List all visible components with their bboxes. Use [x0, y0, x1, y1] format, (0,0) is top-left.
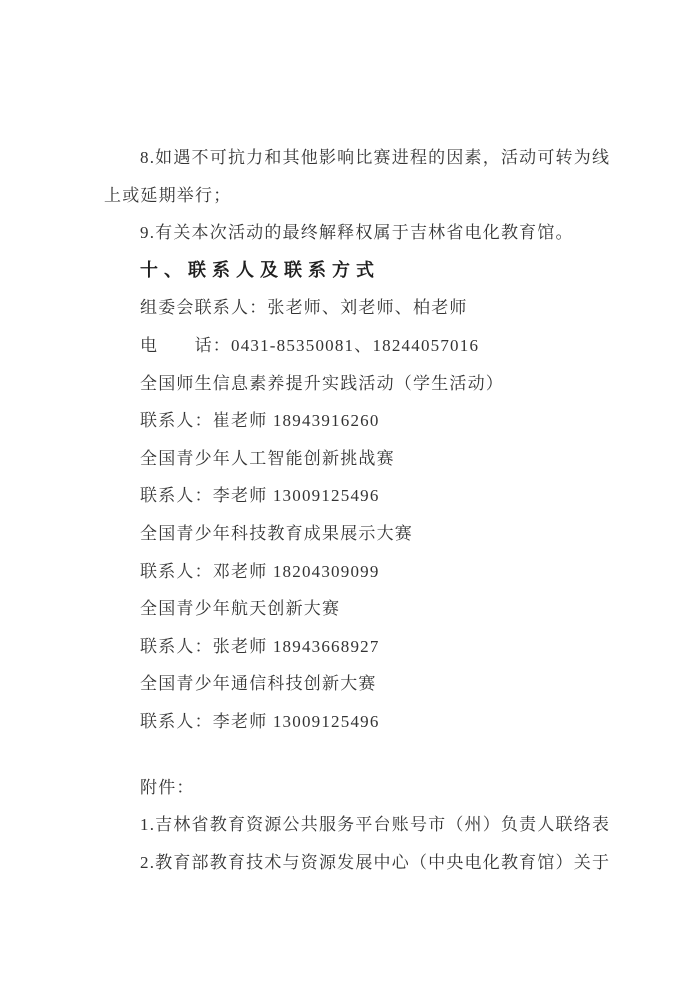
attachment-2: 2.教育部教育技术与资源发展中心（中央电化教育馆）关于 — [104, 844, 664, 882]
document-page: 8.如遇不可抗力和其他影响比赛进程的因素，活动可转为线 上或延期举行； 9.有关… — [0, 0, 700, 989]
clause-8-text-line-2: 上或延期举行； — [104, 177, 664, 215]
activity-5-title: 全国青少年通信科技创新大赛 — [104, 665, 664, 703]
activity-1-title: 全国师生信息素养提升实践活动（学生活动） — [104, 365, 664, 403]
document-body: 8.如遇不可抗力和其他影响比赛进程的因素，活动可转为线 上或延期举行； 9.有关… — [104, 139, 664, 881]
activity-3-contact: 联系人：邓老师 18204309099 — [104, 553, 664, 591]
activity-2-contact: 联系人：李老师 13009125496 — [104, 477, 664, 515]
section-10-heading: 十、联系人及联系方式 — [104, 252, 664, 290]
activity-4-contact: 联系人：张老师 18943668927 — [104, 628, 664, 666]
activity-3-title: 全国青少年科技教育成果展示大赛 — [104, 515, 664, 553]
attachments-heading: 附件： — [104, 769, 664, 807]
activity-5-contact: 联系人：李老师 13009125496 — [104, 703, 664, 741]
activity-4-title: 全国青少年航天创新大赛 — [104, 590, 664, 628]
activity-1-contact: 联系人：崔老师 18943916260 — [104, 402, 664, 440]
committee-contacts-line: 组委会联系人：张老师、刘老师、柏老师 — [104, 289, 664, 327]
committee-phone-line: 电 话：0431-85350081、18244057016 — [104, 327, 664, 365]
attachment-1: 1.吉林省教育资源公共服务平台账号市（州）负责人联络表 — [104, 806, 664, 844]
activity-2-title: 全国青少年人工智能创新挑战赛 — [104, 440, 664, 478]
clause-8-text-line-1: 8.如遇不可抗力和其他影响比赛进程的因素，活动可转为线 — [104, 139, 664, 177]
clause-9-text: 9.有关本次活动的最终解释权属于吉林省电化教育馆。 — [104, 214, 664, 252]
